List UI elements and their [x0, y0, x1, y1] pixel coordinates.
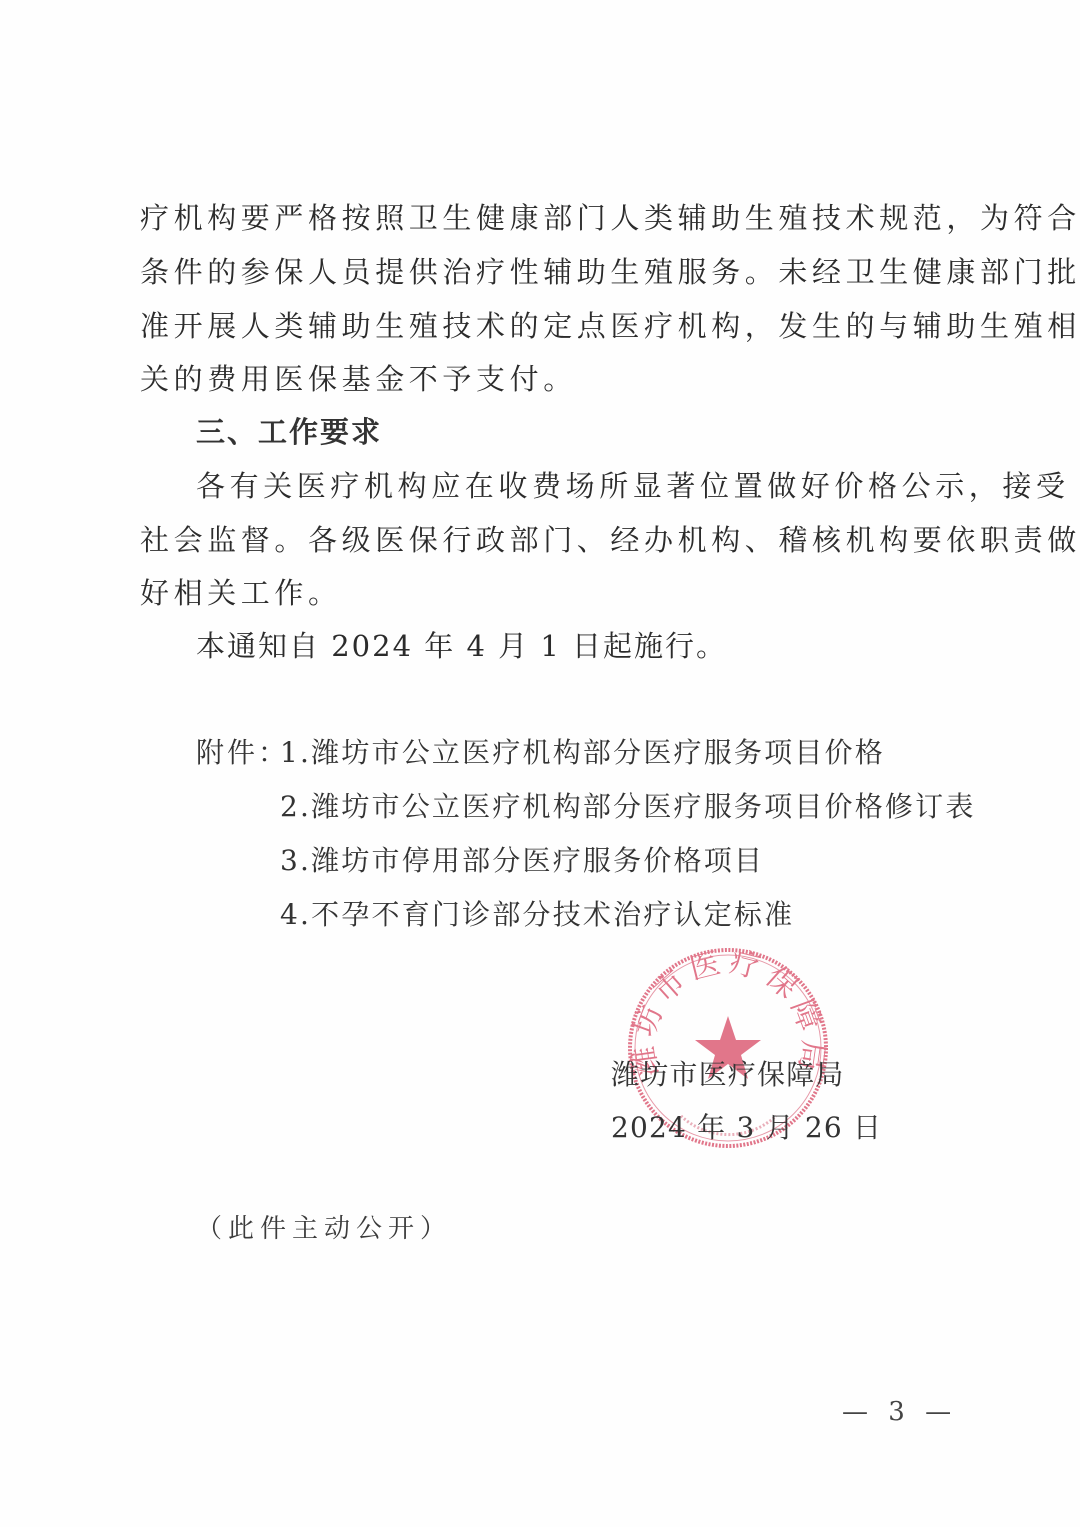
requirements-line-3: 好相关工作。 [140, 573, 955, 613]
requirements-line-1: 各有关医疗机构应在收费场所显著位置做好价格公示，接受 [196, 466, 956, 506]
issue-date: 2024 年 3 月 26 日 [611, 1108, 882, 1148]
attachment-item-4: 4.不孕不育门诊部分技术治疗认定标准 [280, 895, 794, 935]
attachments-label: 附件： [196, 733, 289, 773]
requirements-line-2: 社会监督。各级医保行政部门、经办机构、稽核机构要依职责做 [140, 520, 955, 560]
body-line-1: 疗机构要严格按照卫生健康部门人类辅助生殖技术规范，为符合 [140, 198, 955, 238]
body-line-3: 准开展人类辅助生殖技术的定点医疗机构，发生的与辅助生殖相 [140, 306, 955, 346]
issuer-name: 潍坊市医疗保障局 [611, 1055, 845, 1095]
page-number: — 3 — [842, 1394, 957, 1430]
body-line-2: 条件的参保人员提供治疗性辅助生殖服务。未经卫生健康部门批 [140, 252, 955, 292]
attachment-item-3: 3.潍坊市停用部分医疗服务价格项目 [280, 841, 764, 881]
attachment-item-1: 1.潍坊市公立医疗机构部分医疗服务项目价格 [280, 733, 885, 773]
effective-notice: 本通知自 2024 年 4 月 1 日起施行。 [196, 626, 956, 666]
body-line-4: 关的费用医保基金不予支付。 [140, 359, 955, 399]
document-page: 疗机构要严格按照卫生健康部门人类辅助生殖技术规范，为符合 条件的参保人员提供治疗… [0, 0, 1080, 1527]
attachment-item-2: 2.潍坊市公立医疗机构部分医疗服务项目价格修订表 [280, 787, 976, 827]
section-heading: 三、工作要求 [196, 412, 956, 452]
disclosure-note: （此件主动公开） [196, 1209, 452, 1249]
